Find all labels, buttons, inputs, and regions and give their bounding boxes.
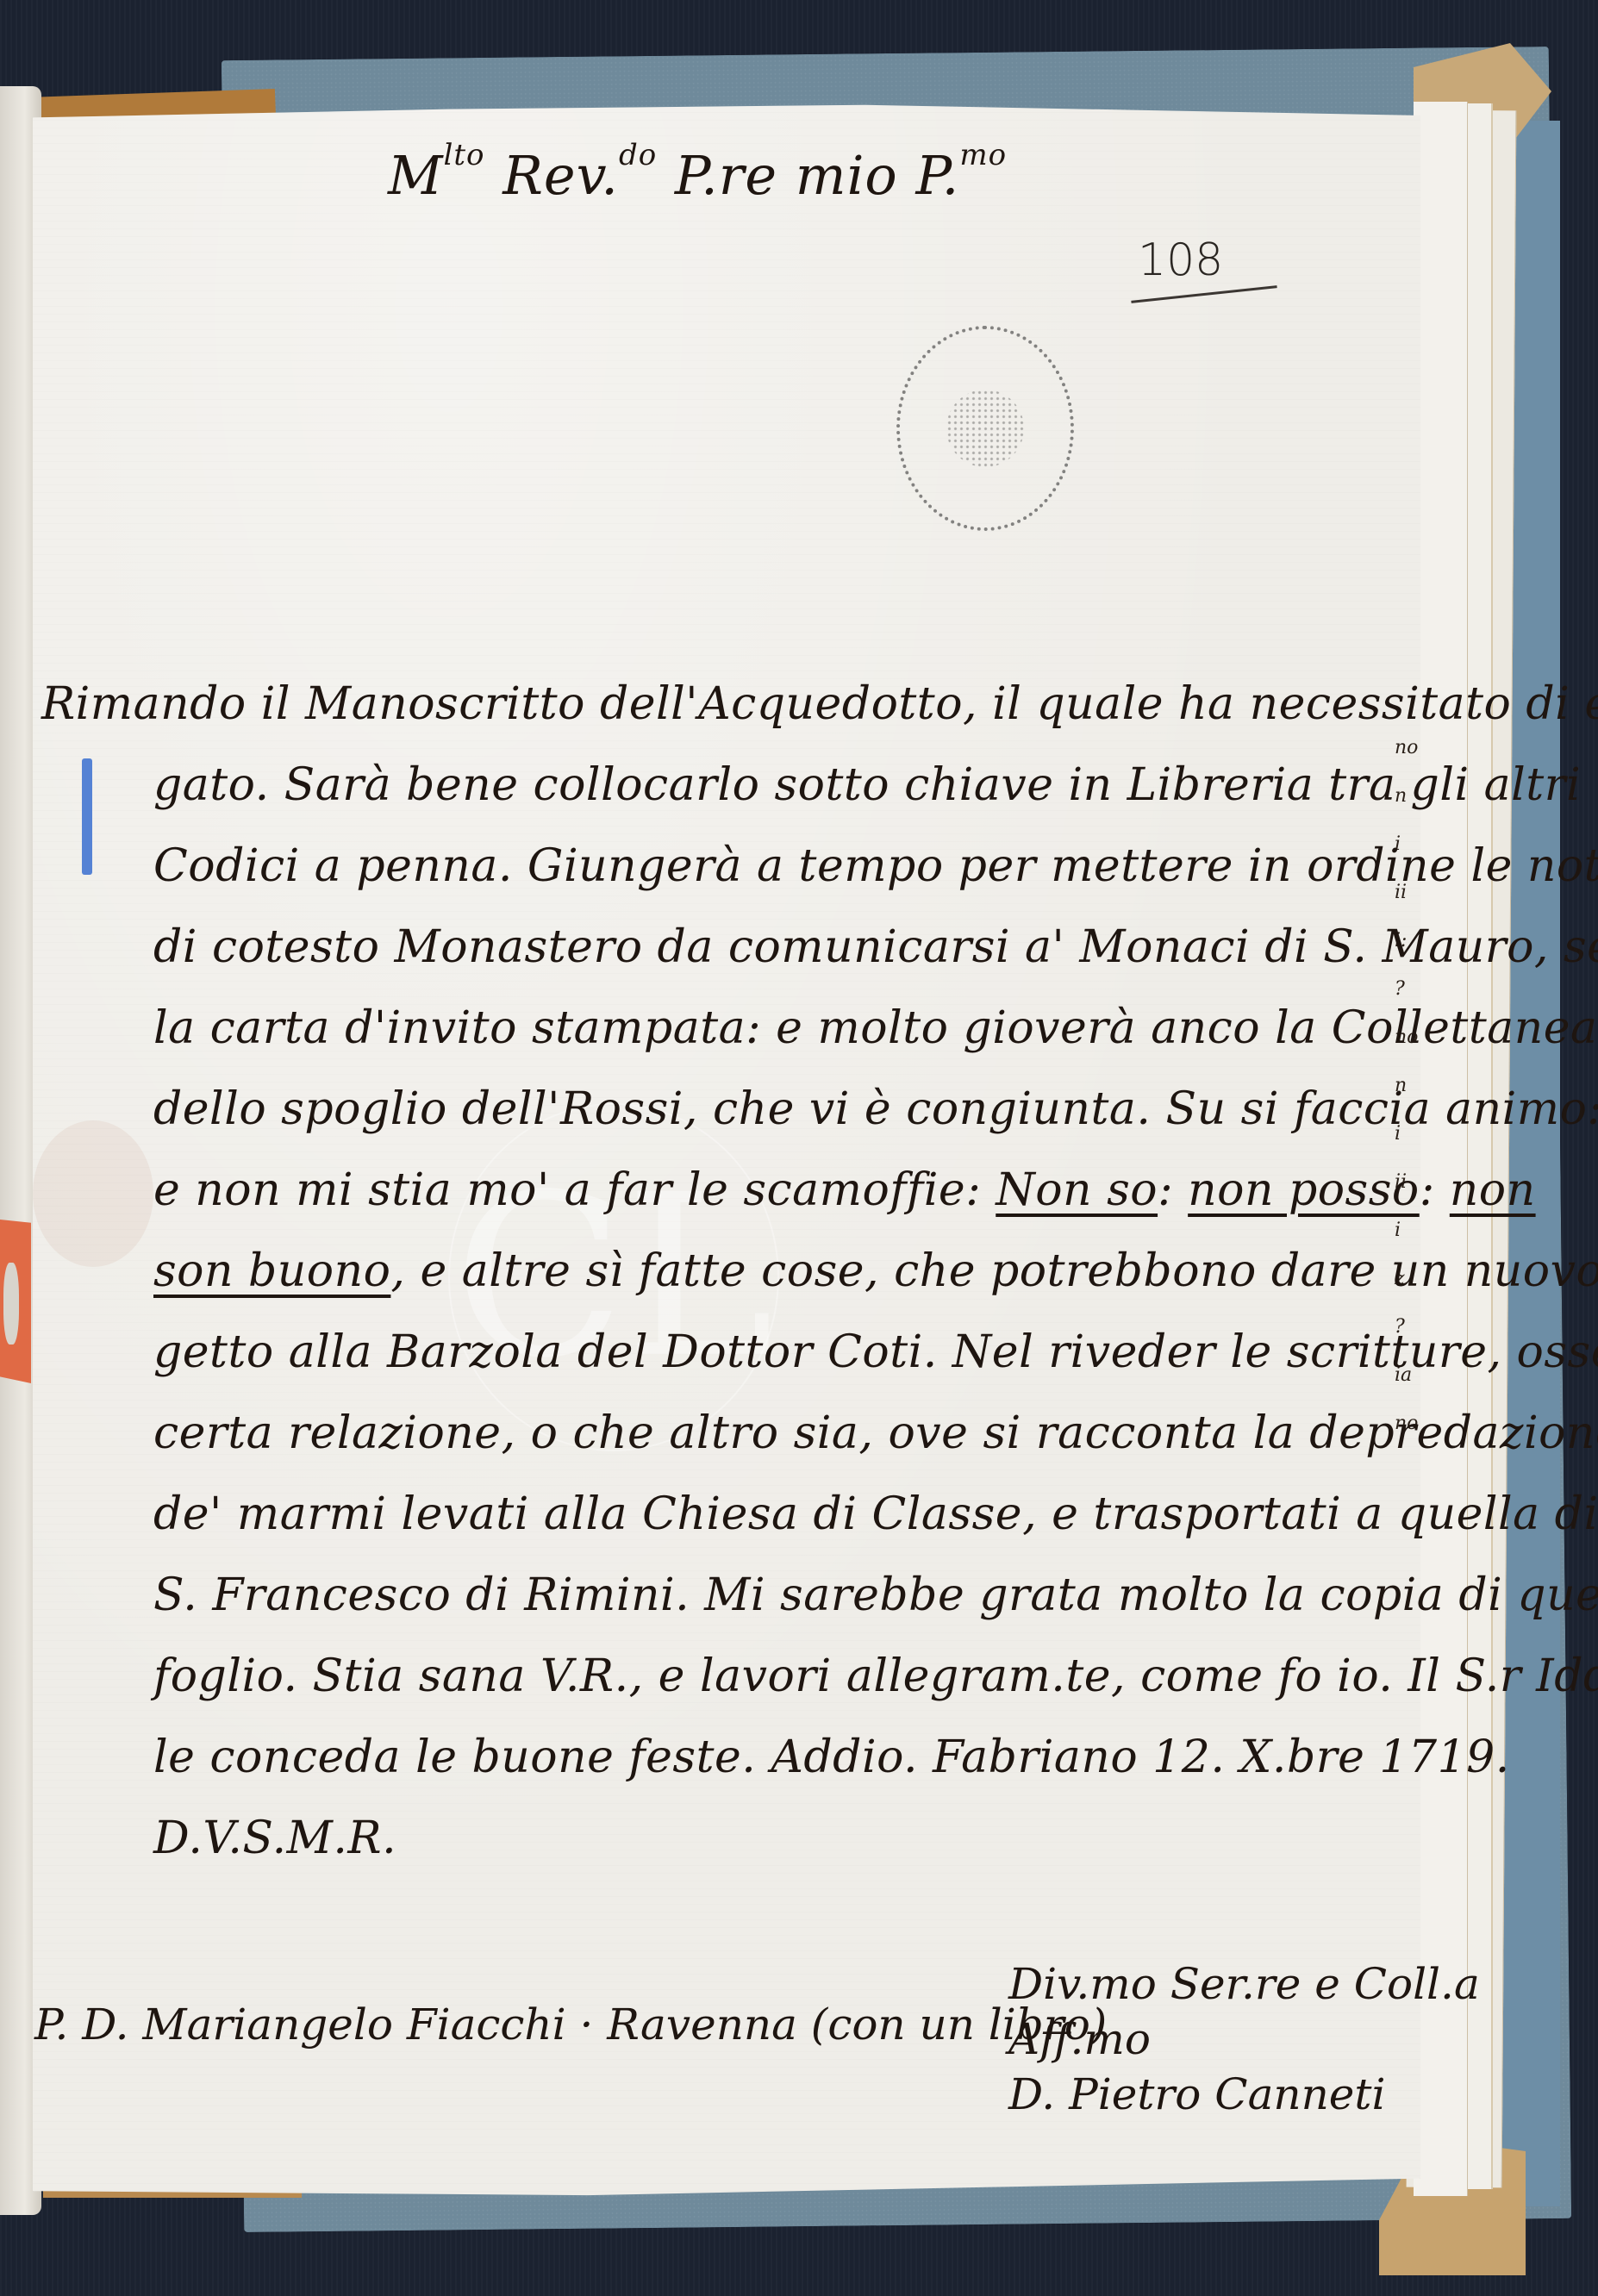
letter-line: D.V.S.M.R. <box>41 1798 1420 1879</box>
letter-line: son buono, e altre sì fatte cose, che po… <box>41 1231 1420 1312</box>
letter-line: la carta d'invito stampata: e molto giov… <box>41 988 1420 1069</box>
letter-line: di cotesto Monastero da comunicarsi a' M… <box>41 907 1420 988</box>
letter-line: gato. Sarà bene collocarlo sotto chiave … <box>41 745 1420 826</box>
underlined-phrase: son buono <box>153 1245 390 1297</box>
letter-line: S. Francesco di Rimini. Mi sarebbe grata… <box>41 1555 1420 1636</box>
letter-line-text: , e altre sì fatte cose, che potrebbono … <box>390 1245 1598 1297</box>
salutation-superscript: mo <box>959 138 1007 172</box>
punctuation: : <box>1420 1164 1450 1216</box>
punctuation: : <box>1158 1164 1188 1216</box>
underlined-phrase: Non so <box>996 1164 1158 1216</box>
salutation-text: P.re mio P. <box>657 144 959 207</box>
signature-name: D. Pietro Canneti <box>1008 2067 1598 2122</box>
red-wax-seal-fragment <box>0 1220 31 1383</box>
stamp-emblem-icon <box>946 390 1024 467</box>
letter-line: getto alla Barzola del Dottor Coti. Nel … <box>41 1312 1420 1393</box>
letter-line: Rimando il Manoscritto dell'Acquedotto, … <box>41 664 1420 745</box>
underlined-phrase: non <box>1450 1164 1536 1216</box>
letter-line: certa relazione, o che altro sia, ove si… <box>41 1393 1420 1474</box>
letter-line: Codici a penna. Giungerà a tempo per met… <box>41 826 1420 907</box>
letter-line: dello spoglio dell'Rossi, che vi è congi… <box>41 1069 1420 1150</box>
addressee-line: P. D. Mariangelo Fiacchi · Ravenna (con … <box>34 2000 1107 2050</box>
salutation: Mlto Rev.do P.re mio P.mo <box>388 138 1007 207</box>
letter-line: le conceda le buone feste. Addio. Fabria… <box>41 1717 1420 1798</box>
letter-line: foglio. Stia sana V.R., e lavori allegra… <box>41 1636 1420 1717</box>
letter-line: de' marmi levati alla Chiesa di Classe, … <box>41 1474 1420 1555</box>
underlined-phrase: non posso <box>1188 1164 1420 1216</box>
salutation-text: M <box>388 144 443 207</box>
letter-line-text: e non mi stia mo' a far le scamoffie: <box>153 1164 996 1216</box>
folio-number: 108 <box>1138 234 1223 286</box>
library-stamp <box>896 326 1074 531</box>
salutation-superscript: lto <box>443 138 484 172</box>
letter-line: e non mi stia mo' a far le scamoffie: No… <box>41 1150 1420 1231</box>
salutation-text: Rev. <box>485 144 619 207</box>
salutation-superscript: do <box>619 138 657 172</box>
letter-body: Rimando il Manoscritto dell'Acquedotto, … <box>41 664 1420 1879</box>
